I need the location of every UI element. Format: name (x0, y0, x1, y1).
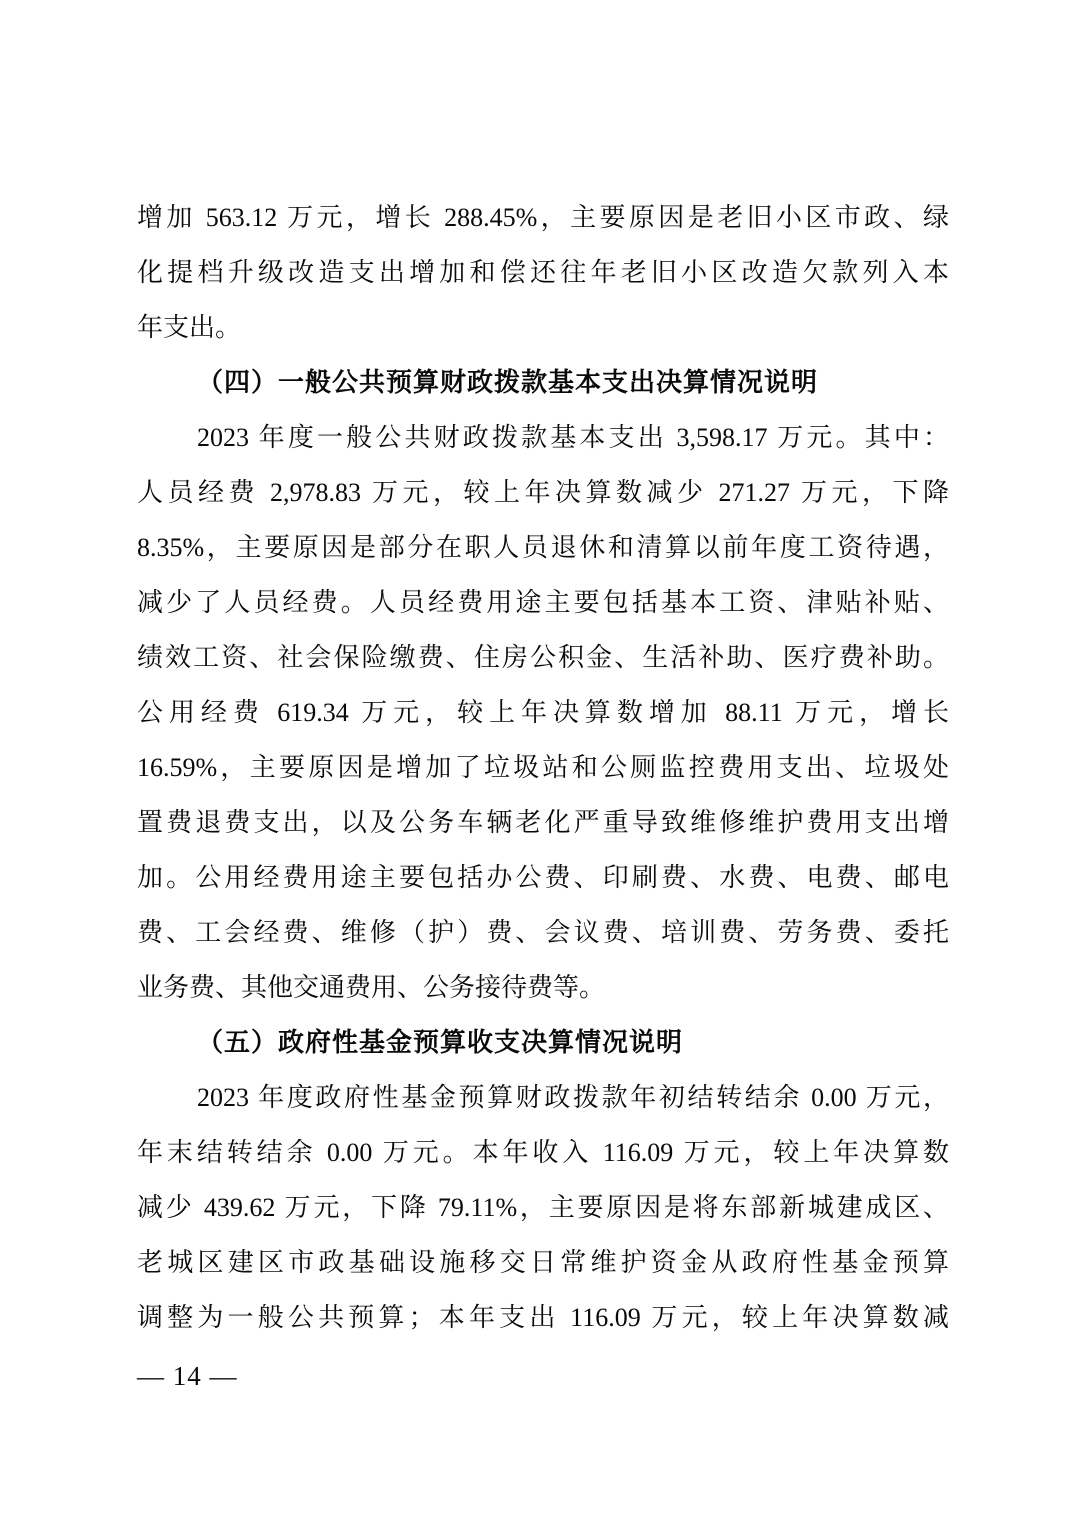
body-line: 减少了人员经费。人员经费用途主要包括基本工资、津贴补贴、 (137, 575, 949, 630)
body-line: 费、工会经费、维修（护）费、会议费、培训费、劳务费、委托 (137, 905, 949, 960)
body-line: 加。公用经费用途主要包括办公费、印刷费、水费、电费、邮电 (137, 850, 949, 905)
body-line: 减少 439.62 万元，下降 79.11%，主要原因是将东部新城建成区、 (137, 1180, 949, 1235)
body-line: 增加 563.12 万元，增长 288.45%，主要原因是老旧小区市政、绿 (137, 190, 949, 245)
document-page: 增加 563.12 万元，增长 288.45%，主要原因是老旧小区市政、绿 化提… (0, 0, 1074, 1520)
body-line: 置费退费支出，以及公务车辆老化严重导致维修维护费用支出增 (137, 795, 949, 850)
body-line: 调整为一般公共预算；本年支出 116.09 万元，较上年决算数减 (137, 1290, 949, 1345)
body-line: 年末结转结余 0.00 万元。本年收入 116.09 万元，较上年决算数 (137, 1125, 949, 1180)
body-line: 人员经费 2,978.83 万元，较上年决算数减少 271.27 万元，下降 (137, 465, 949, 520)
body-line: 2023 年度一般公共财政拨款基本支出 3,598.17 万元。其中： (137, 410, 949, 465)
body-line: 8.35%，主要原因是部分在职人员退休和清算以前年度工资待遇， (137, 520, 949, 575)
body-line: 绩效工资、社会保险缴费、住房公积金、生活补助、医疗费补助。 (137, 630, 949, 685)
page-content: 增加 563.12 万元，增长 288.45%，主要原因是老旧小区市政、绿 化提… (137, 190, 949, 1345)
body-line: 化提档升级改造支出增加和偿还往年老旧小区改造欠款列入本 (137, 245, 949, 300)
body-line: 公用经费 619.34 万元，较上年决算数增加 88.11 万元，增长 (137, 685, 949, 740)
page-footer: — 14 — (137, 1358, 238, 1394)
body-line: 年支出。 (137, 300, 949, 355)
body-line: 业务费、其他交通费用、公务接待费等。 (137, 960, 949, 1015)
body-line: 老城区建区市政基础设施移交日常维护资金从政府性基金预算 (137, 1235, 949, 1290)
body-line: 2023 年度政府性基金预算财政拨款年初结转结余 0.00 万元， (137, 1070, 949, 1125)
body-line: 16.59%，主要原因是增加了垃圾站和公厕监控费用支出、垃圾处 (137, 740, 949, 795)
section-heading-five: （五）政府性基金预算收支决算情况说明 (137, 1015, 949, 1070)
page-number: — 14 — (137, 1361, 238, 1391)
section-heading-four: （四）一般公共预算财政拨款基本支出决算情况说明 (137, 355, 949, 410)
